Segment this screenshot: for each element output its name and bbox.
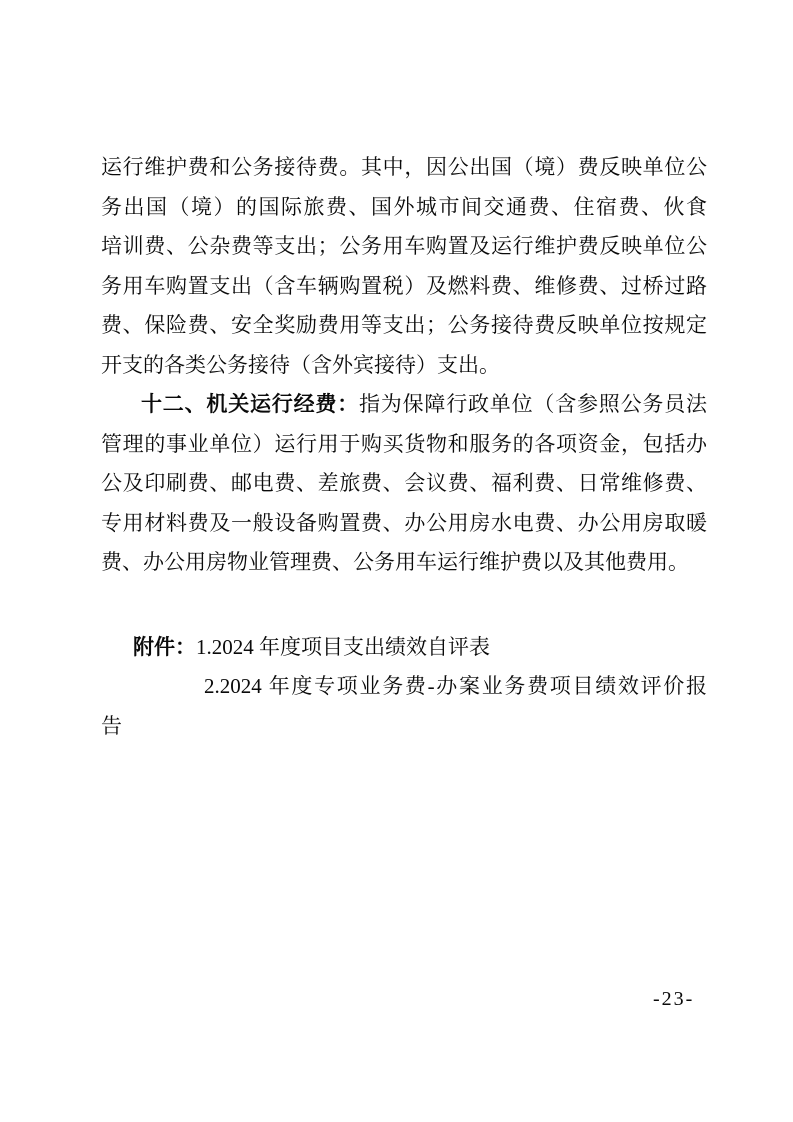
heading-line-rest: 指为保障行政单位（含参照公务员法	[359, 392, 707, 416]
attachments-label: 附件：	[133, 636, 196, 659]
body-line: 费、保险费、安全奖励费用等支出；公务接待费反映单位按规定	[101, 306, 707, 346]
body-line: 十二、机关运行经费：指为保障行政单位（含参照公务员法	[101, 385, 707, 425]
document-page: 运行维护费和公务接待费。其中，因公出国（境）费反映单位公 务出国（境）的国际旅费…	[0, 0, 793, 1122]
body-line: 培训费、公杂费等支出；公务用车购置及运行维护费反映单位公	[101, 227, 707, 267]
paragraph-expense-definitions: 运行维护费和公务接待费。其中，因公出国（境）费反映单位公 务出国（境）的国际旅费…	[101, 148, 707, 385]
attachment-item-1-text: 1.2024 年度项目支出绩效自评表	[196, 635, 490, 659]
body-line: 运行维护费和公务接待费。其中，因公出国（境）费反映单位公	[101, 148, 707, 188]
document-body: 运行维护费和公务接待费。其中，因公出国（境）费反映单位公 务出国（境）的国际旅费…	[101, 148, 707, 746]
body-line: 公及印刷费、邮电费、差旅费、会议费、福利费、日常维修费、	[101, 464, 707, 504]
body-line: 管理的事业单位）运行用于购买货物和服务的各项资金，包括办	[101, 425, 707, 465]
page-number: -23-	[653, 988, 694, 1011]
section-heading: 十二、机关运行经费：	[141, 393, 359, 416]
body-line: 开支的各类公务接待（含外宾接待）支出。	[101, 346, 707, 386]
attachment-item-1: 附件：1.2024 年度项目支出绩效自评表	[101, 628, 707, 668]
attachments-block: 附件：1.2024 年度项目支出绩效自评表 2.2024 年度专项业务费-办案业…	[101, 628, 707, 747]
attachment-item-2-line-2: 告	[101, 707, 707, 747]
attachment-item-2-line-1: 2.2024 年度专项业务费-办案业务费项目绩效评价报	[101, 667, 707, 707]
body-line: 务用车购置支出（含车辆购置税）及燃料费、维修费、过桥过路	[101, 267, 707, 307]
body-line: 费、办公用房物业管理费、公务用车运行维护费以及其他费用。	[101, 543, 707, 583]
body-line: 务出国（境）的国际旅费、国外城市间交通费、住宿费、伙食费、	[101, 188, 707, 228]
paragraph-agency-operating-funds: 十二、机关运行经费：指为保障行政单位（含参照公务员法 管理的事业单位）运行用于购…	[101, 385, 707, 583]
body-line: 专用材料费及一般设备购置费、办公用房水电费、办公用房取暖	[101, 504, 707, 544]
